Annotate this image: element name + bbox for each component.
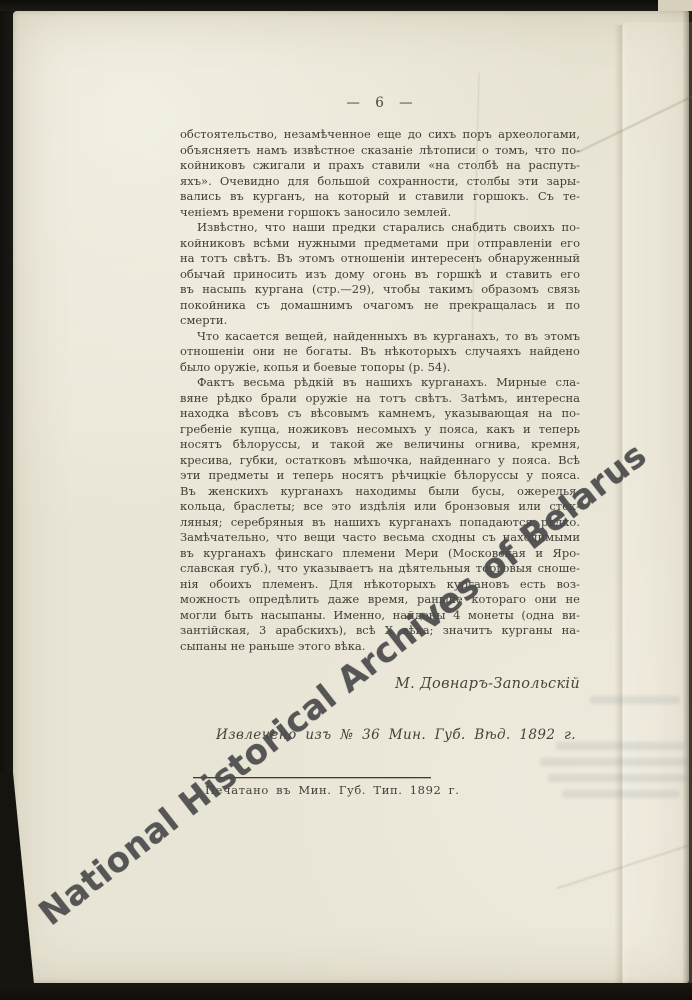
text-line: Въ женскихъ курганахъ находимы были бусы… xyxy=(180,484,580,500)
text-line: гребеніе купца, ножиковъ несомыхъ у пояс… xyxy=(180,422,580,438)
scan-background: — 6 — обстоятельство, незамѣченное еще д… xyxy=(0,0,692,1000)
text-line: нія обоихъ племенъ. Для нѣкоторыхъ курга… xyxy=(180,577,580,593)
text-line: обстоятельство, незамѣченное еще до сихъ… xyxy=(180,127,580,143)
text-line: кольца, браслеты; все это издѣлія или бр… xyxy=(180,499,580,515)
text-line: кресива, губки, остатковъ мѣшочка, найде… xyxy=(180,453,580,469)
page-edge-shadow xyxy=(682,0,692,1000)
text-line: въ насыпь кургана (стр.—29), чтобы таким… xyxy=(180,282,580,298)
text-line: вяне рѣдко брали оружіе на тотъ свѣтъ. З… xyxy=(180,391,580,407)
text-line: покойника съ домашнимъ очагомъ не прекра… xyxy=(180,298,580,314)
text-line: ченіемъ времени горшокъ заносило землей. xyxy=(180,205,580,221)
bleedthrough-ghost xyxy=(590,696,680,704)
text-line: смерти. xyxy=(180,313,580,329)
text-line: Что касается вещей, найденныхъ въ курган… xyxy=(180,329,580,345)
text-line: вались въ курганъ, на который и ставили … xyxy=(180,189,580,205)
page-number: — 6 — xyxy=(180,95,580,111)
text-line: койниковъ сжигали и прахъ ставили «на ст… xyxy=(180,158,580,174)
text-line: отношеніи они не богаты. Въ нѣкоторыхъ с… xyxy=(180,344,580,360)
text-line: Извѣстно, что наши предки старались снаб… xyxy=(180,220,580,236)
fold-crease xyxy=(614,25,628,993)
text-line: могли быть насыпаны. Именно, найдены 4 м… xyxy=(180,608,580,624)
text-line: Фактъ весьма рѣдкій въ нашихъ курганахъ.… xyxy=(180,375,580,391)
scan-border-bottom xyxy=(0,983,692,1000)
bleedthrough-ghost xyxy=(540,758,686,766)
text-line: было оружіе, копья и боевые топоры (р. 5… xyxy=(180,360,580,376)
text-line: эти предметы и теперь носятъ рѣчицкіе бѣ… xyxy=(180,468,580,484)
scan-border-top xyxy=(0,0,658,11)
text-line: объясняетъ намъ извѣстное сказаніе лѣтоп… xyxy=(180,143,580,159)
text-line: носятъ бѣлоруссы, и такой же величины ог… xyxy=(180,437,580,453)
body-text: обстоятельство, незамѣченное еще до сихъ… xyxy=(180,127,580,654)
bleedthrough-ghost xyxy=(562,790,680,798)
underpage-corner xyxy=(658,0,692,11)
text-line: яхъ». Очевидно для большой сохранности, … xyxy=(180,174,580,190)
text-line: на тотъ свѣтъ. Въ этомъ отношеніи интере… xyxy=(180,251,580,267)
text-line: находка вѣсовъ съ вѣсовымъ камнемъ, указ… xyxy=(180,406,580,422)
bleedthrough-ghost xyxy=(548,774,686,782)
text-line: обычай приносить изъ дому огонь въ горшк… xyxy=(180,267,580,283)
text-line: койниковъ всѣми нужными предметами при о… xyxy=(180,236,580,252)
text-line: можность опредѣлить даже время, раньше к… xyxy=(180,592,580,608)
bleedthrough-ghost xyxy=(556,742,684,750)
